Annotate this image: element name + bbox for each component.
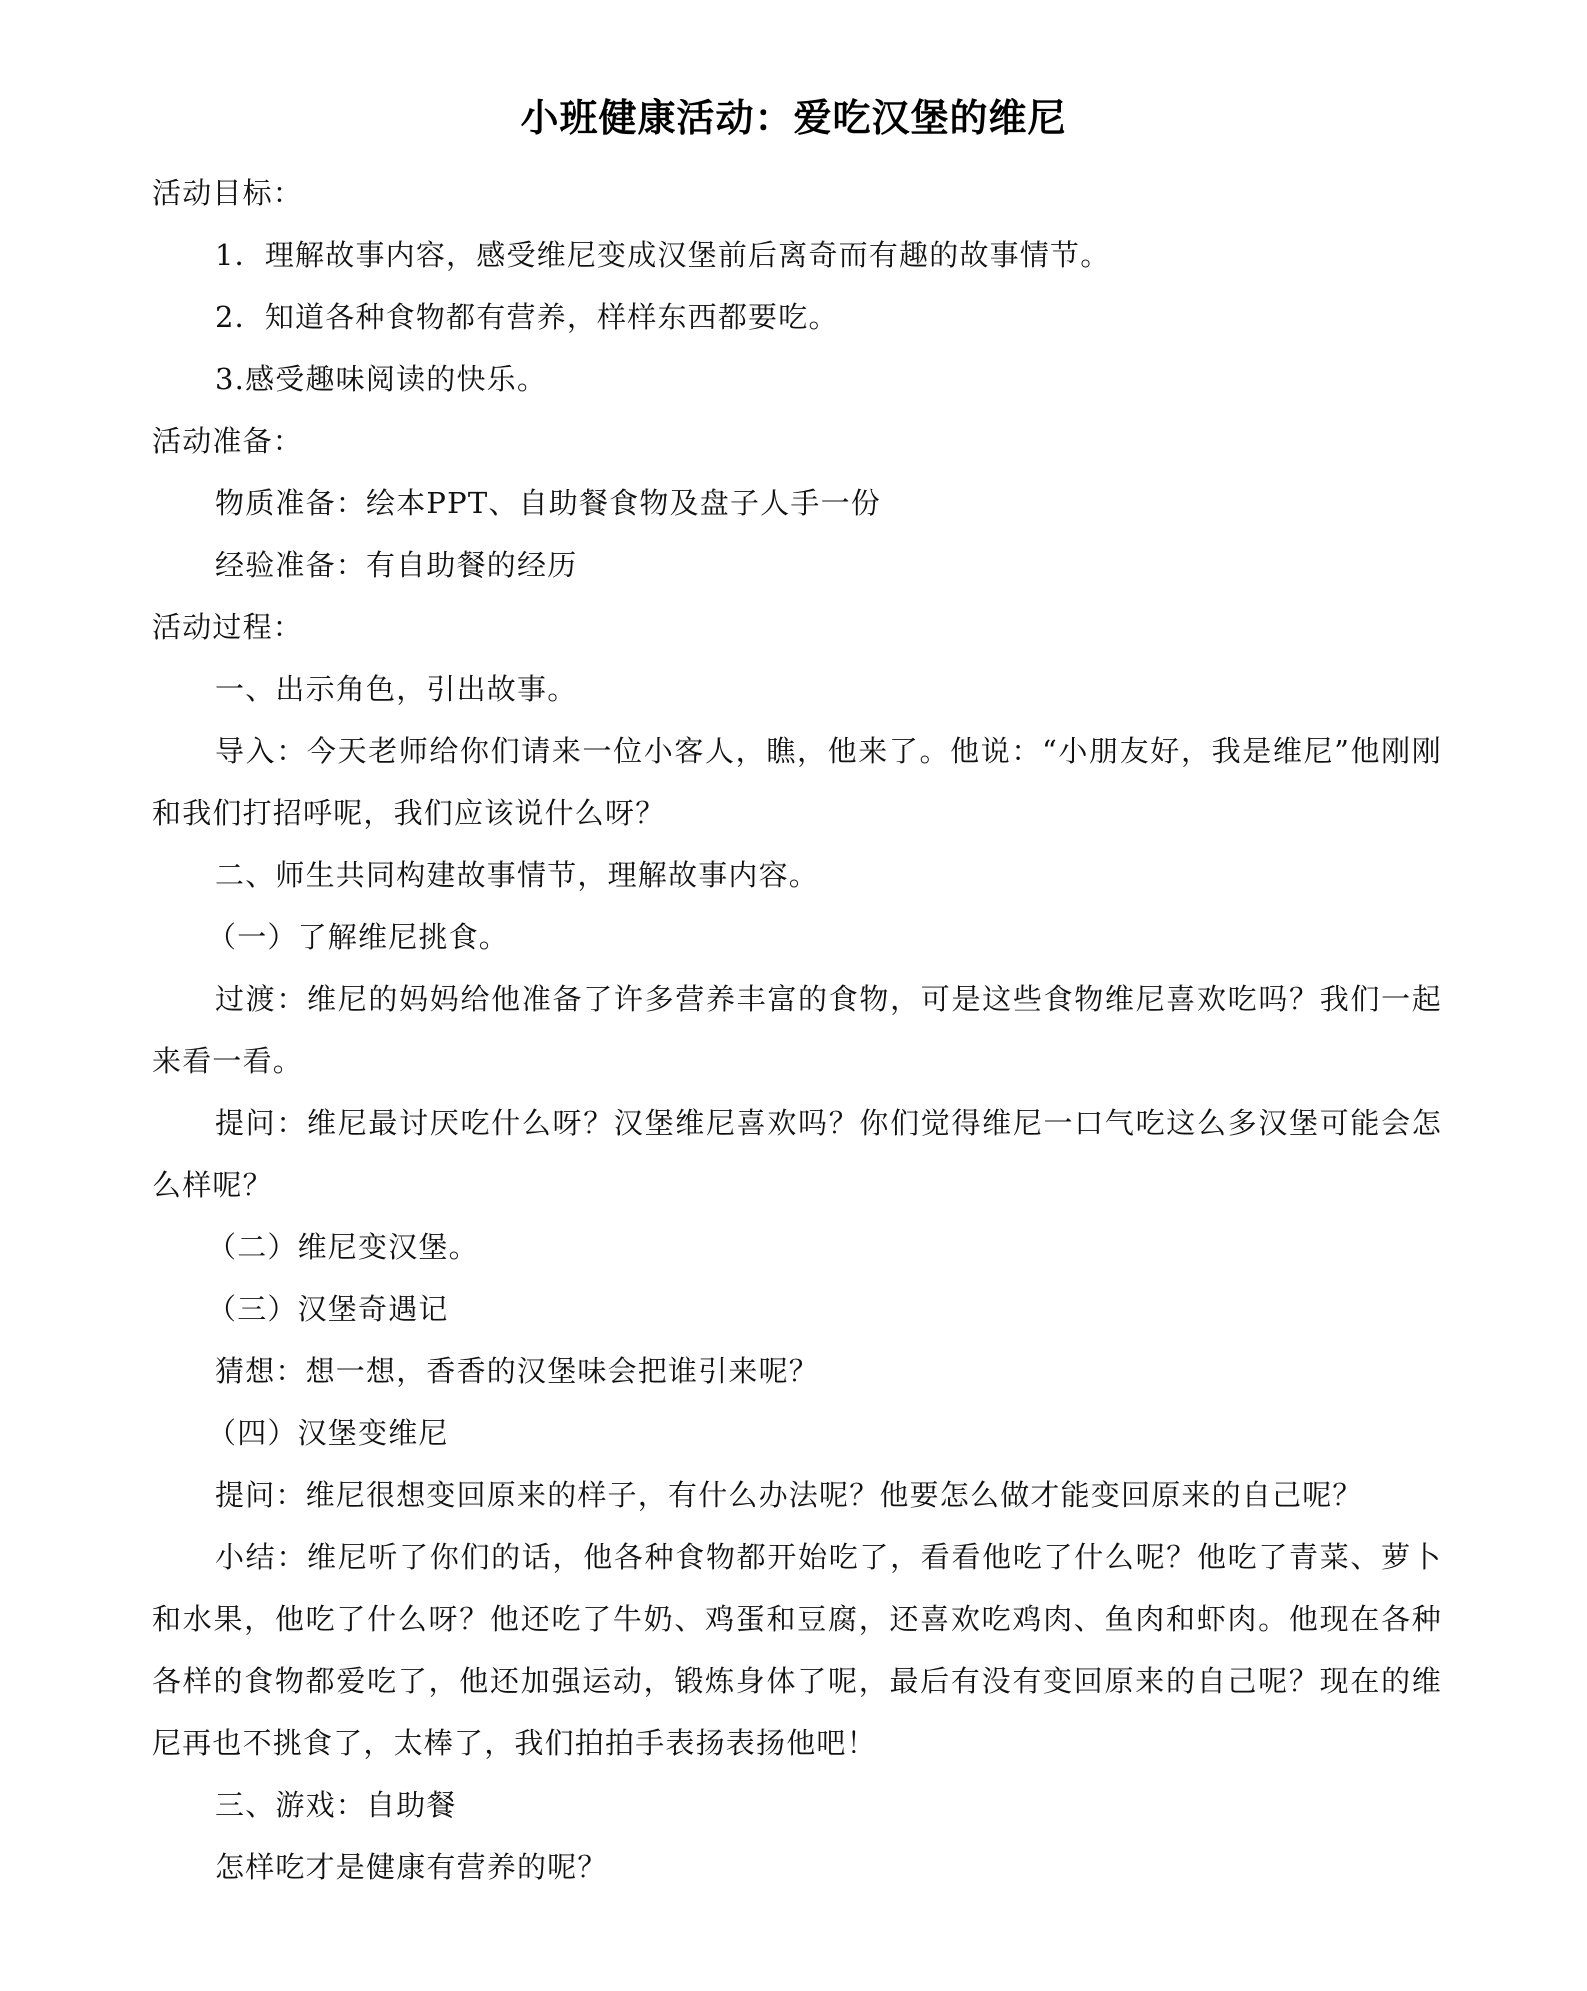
heading-preparation: 活动准备：	[152, 410, 1442, 472]
material-preparation: 物质准备：绘本PPT、自助餐食物及盘子人手一份	[152, 472, 1442, 534]
objective-item-2: 2．知道各种食物都有营养，样样东西都要吃。	[152, 286, 1442, 348]
experience-preparation: 经验准备：有自助餐的经历	[152, 534, 1442, 596]
process-step-3: 三、游戏：自助餐	[152, 1774, 1442, 1836]
question-paragraph-2: 提问：维尼很想变回原来的样子，有什么办法呢？他要怎么做才能变回原来的自己呢？	[152, 1464, 1442, 1526]
objective-item-1: 1．理解故事内容，感受维尼变成汉堡前后离奇而有趣的故事情节。	[152, 224, 1442, 286]
process-step-1: 一、出示角色，引出故事。	[152, 658, 1442, 720]
heading-process: 活动过程：	[152, 596, 1442, 658]
substep-4: （四）汉堡变维尼	[152, 1402, 1442, 1464]
question-paragraph-1: 提问：维尼最讨厌吃什么呀？汉堡维尼喜欢吗？你们觉得维尼一口气吃这么多汉堡可能会怎…	[152, 1092, 1442, 1216]
process-step-2: 二、师生共同构建故事情节，理解故事内容。	[152, 844, 1442, 906]
guess-paragraph: 猜想：想一想，香香的汉堡味会把谁引来呢？	[152, 1340, 1442, 1402]
heading-objectives: 活动目标：	[152, 162, 1442, 224]
substep-1: （一）了解维尼挑食。	[152, 906, 1442, 968]
substep-2: （二）维尼变汉堡。	[152, 1216, 1442, 1278]
summary-paragraph: 小结：维尼听了你们的话，他各种食物都开始吃了，看看他吃了什么呢？他吃了青菜、萝卜…	[152, 1526, 1442, 1774]
objective-item-3: 3.感受趣味阅读的快乐。	[152, 348, 1442, 410]
document-title: 小班健康活动：爱吃汉堡的维尼	[0, 94, 1587, 142]
document-page: 小班健康活动：爱吃汉堡的维尼 活动目标： 1．理解故事内容，感受维尼变成汉堡前后…	[0, 0, 1587, 1991]
closing-question: 怎样吃才是健康有营养的呢？	[152, 1836, 1442, 1898]
substep-3: （三）汉堡奇遇记	[152, 1278, 1442, 1340]
introduction-paragraph: 导入：今天老师给你们请来一位小客人，瞧，他来了。他说：“小朋友好，我是维尼”他刚…	[152, 720, 1442, 844]
transition-paragraph: 过渡：维尼的妈妈给他准备了许多营养丰富的食物，可是这些食物维尼喜欢吃吗？我们一起…	[152, 968, 1442, 1092]
document-body: 活动目标： 1．理解故事内容，感受维尼变成汉堡前后离奇而有趣的故事情节。 2．知…	[152, 162, 1442, 1898]
